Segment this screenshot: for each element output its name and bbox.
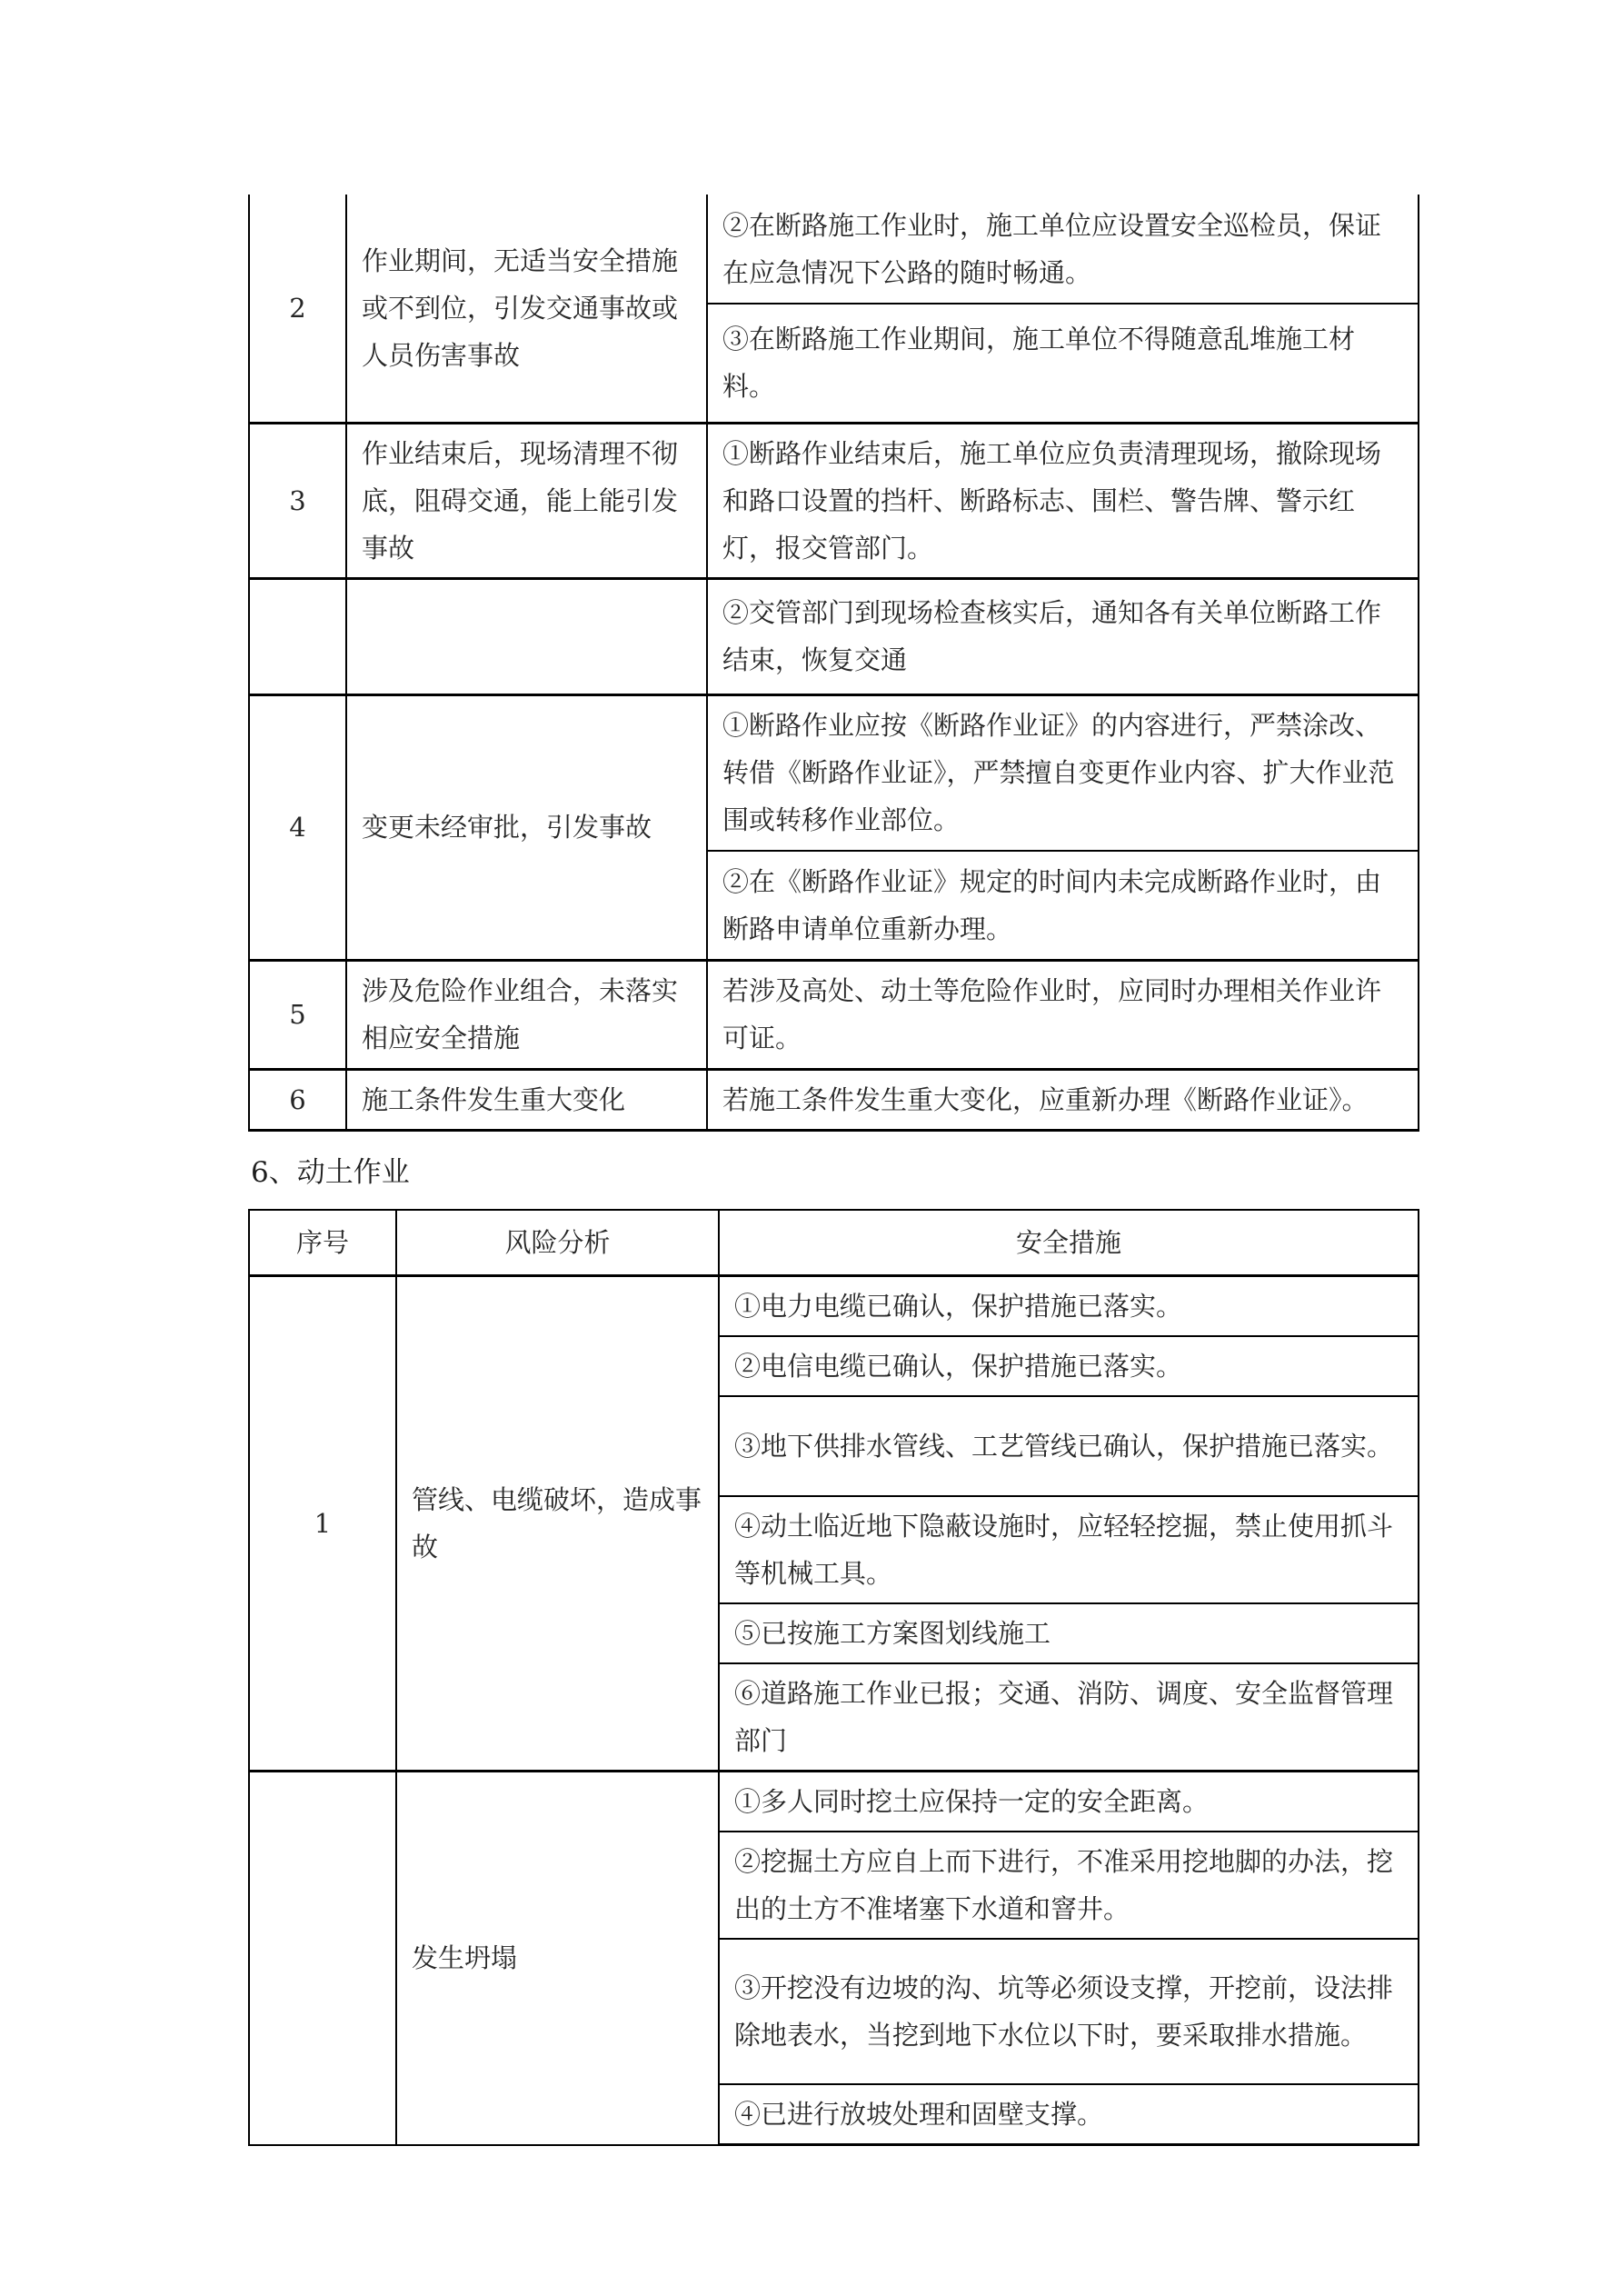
risk-cell: 施工条件发生重大变化 (346, 1069, 707, 1130)
measure-cell: ②电信电缆已确认，保护措施已落实。 (719, 1336, 1419, 1396)
risk-cell: 作业结束后，现场清理不彻底，阻碍交通，能上能引发事故 (346, 423, 707, 578)
measure-cell: 若施工条件发生重大变化，应重新办理《断路作业证》。 (707, 1069, 1419, 1130)
table-row: 5 涉及危险作业组合，未落实相应安全措施 若涉及高处、动土等危险作业时，应同时办… (249, 960, 1419, 1069)
risk-cell: 变更未经审批，引发事故 (346, 694, 707, 960)
measure-cell: 若涉及高处、动土等危险作业时，应同时办理相关作业许可证。 (707, 960, 1419, 1069)
risk-cell: 涉及危险作业组合，未落实相应安全措施 (346, 960, 707, 1069)
table-row: 4 变更未经审批，引发事故 ①断路作业应按《断路作业证》的内容进行，严禁涂改、转… (249, 694, 1419, 851)
seq-cell: 6 (249, 1069, 346, 1130)
measure-cell: ③地下供排水管线、工艺管线已确认，保护措施已落实。 (719, 1396, 1419, 1496)
header-risk: 风险分析 (396, 1210, 719, 1276)
measure-cell: ④动土临近地下隐蔽设施时，应轻轻挖掘，禁止使用抓斗等机械工具。 (719, 1496, 1419, 1603)
table-row: 2 作业期间，无适当安全措施或不到位，引发交通事故或人员伤害事故 ②在断路施工作… (249, 195, 1419, 304)
table-row: 1 管线、电缆破坏，造成事故 ①电力电缆已确认，保护措施已落实。 (249, 1276, 1419, 1337)
table-row: 发生坍塌 ①多人同时挖土应保持一定的安全距离。 (249, 1772, 1419, 1832)
seq-cell: 1 (249, 1276, 396, 1772)
measure-cell: ①多人同时挖土应保持一定的安全距离。 (719, 1772, 1419, 1832)
measure-cell: ②挖掘土方应自上而下进行，不准采用挖地脚的办法，挖出的土方不准堵塞下水道和窨井。 (719, 1832, 1419, 1939)
measure-cell: ⑤已按施工方案图划线施工 (719, 1603, 1419, 1663)
table-row: 3 作业结束后，现场清理不彻底，阻碍交通，能上能引发事故 ①断路作业结束后，施工… (249, 423, 1419, 578)
measure-cell: ②在《断路作业证》规定的时间内未完成断路作业时，由断路申请单位重新办理。 (707, 851, 1419, 960)
header-row: 序号 风险分析 安全措施 (249, 1210, 1419, 1276)
risk-cell (346, 578, 707, 694)
risk-cell: 作业期间，无适当安全措施或不到位，引发交通事故或人员伤害事故 (346, 195, 707, 423)
measure-cell: ①电力电缆已确认，保护措施已落实。 (719, 1276, 1419, 1337)
document-page: { "document": { "section_heading": "6、动土… (0, 0, 1623, 2296)
header-seq: 序号 (249, 1210, 396, 1276)
measure-cell: ②在断路施工作业时，施工单位应设置安全巡检员，保证在应急情况下公路的随时畅通。 (707, 195, 1419, 304)
section-heading: 6、动土作业 (251, 1153, 410, 1193)
table-row: ②交管部门到现场检查核实后，通知各有关单位断路工作结束，恢复交通 (249, 578, 1419, 694)
measure-cell: ①断路作业应按《断路作业证》的内容进行，严禁涂改、转借《断路作业证》，严禁擅自变… (707, 694, 1419, 851)
seq-cell: 3 (249, 423, 346, 578)
risk-cell: 发生坍塌 (396, 1772, 719, 2145)
seq-cell: 4 (249, 694, 346, 960)
measure-cell: ③开挖没有边坡的沟、坑等必须设支撑，开挖前，设法排除地表水，当挖到地下水位以下时… (719, 1939, 1419, 2084)
risk-cell: 管线、电缆破坏，造成事故 (396, 1276, 719, 1772)
seq-cell (249, 578, 346, 694)
seq-cell (249, 1772, 396, 2145)
seq-cell: 5 (249, 960, 346, 1069)
measure-cell: ⑥道路施工作业已报；交通、消防、调度、安全监督管理部门 (719, 1663, 1419, 1772)
measure-cell: ④已进行放坡处理和固壁支撑。 (719, 2084, 1419, 2145)
earthwork-risk-table: 序号 风险分析 安全措施 1 管线、电缆破坏，造成事故 ①电力电缆已确认，保护措… (248, 1209, 1419, 2146)
measure-cell: ①断路作业结束后，施工单位应负责清理现场，撤除现场和路口设置的挡杆、断路标志、围… (707, 423, 1419, 578)
road-break-risk-table: 2 作业期间，无适当安全措施或不到位，引发交通事故或人员伤害事故 ②在断路施工作… (248, 195, 1419, 1132)
seq-cell: 2 (249, 195, 346, 423)
header-measure: 安全措施 (719, 1210, 1419, 1276)
measure-cell: ②交管部门到现场检查核实后，通知各有关单位断路工作结束，恢复交通 (707, 578, 1419, 694)
measure-cell: ③在断路施工作业期间，施工单位不得随意乱堆施工材料。 (707, 304, 1419, 423)
table-row: 6 施工条件发生重大变化 若施工条件发生重大变化，应重新办理《断路作业证》。 (249, 1069, 1419, 1130)
